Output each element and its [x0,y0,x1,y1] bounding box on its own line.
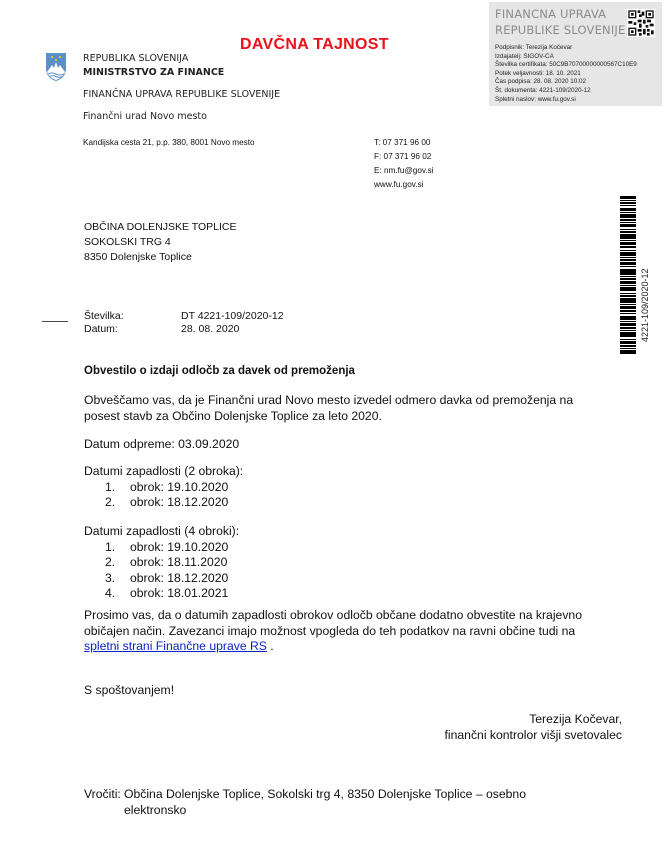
letter-subject: Obvestilo o izdaji odločb za davek od pr… [84,364,355,380]
installment-date: obrok: 18.12.2020 [126,571,228,587]
recipient-line3: 8350 Dolenjske Toplice [84,250,237,265]
installment-number: 1. [84,540,126,556]
request-end: . [267,639,274,653]
installment-number: 3. [84,571,126,587]
installment-item: 1.obrok: 19.10.2020 [84,480,243,496]
coat-of-arms-icon [45,52,67,82]
classification-label: DAVČNA TAJNOST [240,36,389,54]
two-installments-title: Datumi zapadlosti (2 obroka): [84,464,243,480]
four-installments-title: Datumi zapadlosti (4 obroki): [84,524,239,540]
installment-date: obrok: 18.11.2020 [126,555,227,571]
installment-item: 3.obrok: 18.12.2020 [84,571,239,587]
ministry-name: MINISTRSTVO ZA FINANCE [83,66,224,80]
office-phone: T: 07 371 96 00 [374,136,430,150]
stamp-doc-number: Št. dokumenta: 4221-109/2020-12 [495,87,637,96]
delivery-line2: elektronsko [124,803,526,819]
office-name: Finančni urad Novo mesto [83,110,207,124]
recipient-line2: SOKOLSKI TRG 4 [84,235,237,250]
installment-item: 1.obrok: 19.10.2020 [84,540,239,556]
two-installments-list: 1.obrok: 19.10.20202.obrok: 18.12.2020 [84,480,243,511]
signer-name: Terezija Kočevar, [445,712,622,728]
office-fax: F: 07 371 96 02 [374,150,431,164]
digital-signature-stamp: FINANCNA UPRAVA REPUBLIKE SLOVENIJE Podp… [489,2,662,106]
delivery-recipient: Občina Dolenjske Toplice, Sokolski trg 4… [124,787,526,818]
dispatch-date: Datum odpreme: 03.09.2020 [84,437,239,453]
installment-number: 1. [84,480,126,496]
intro-line2: posest stavb za Občino Dolenjske Toplice… [84,409,573,425]
installment-date: obrok: 18.12.2020 [126,495,228,511]
installment-item: 2.obrok: 18.11.2020 [84,555,239,571]
signature-block: Terezija Kočevar, finančni kontrolor viš… [445,712,622,743]
request-line3: spletni strani Finančne uprave RS . [84,639,582,655]
intro-line1: Obveščamo vas, da je Finančni urad Novo … [84,393,573,409]
closing-greeting: S spoštovanjem! [84,683,174,699]
date-label: Datum: [84,322,118,337]
stamp-cert-number: Številka certifikata: 50C9B7070000000056… [495,61,637,70]
office-email[interactable]: E: nm.fu@gov.si [374,164,434,178]
request-line1: Prosimo vas, da o datumih zapadlosti obr… [84,608,582,624]
barcode-text: 4221-109/2020-12 [640,232,650,342]
installment-number: 4. [84,586,126,602]
stamp-signer: Podpisnik: Terezija Kočevar [495,44,637,53]
installment-date: obrok: 19.10.2020 [126,480,228,496]
request-line2: običajen način. Zavezanci imajo možnost … [84,624,582,640]
office-website[interactable]: www.fu.gov.si [374,178,423,192]
stamp-title-line2: REPUBLIKE SLOVENIJE [495,22,626,38]
qr-code-icon [627,9,655,37]
stamp-issuer: Izdajatelj: SIGOV-CA [495,53,637,62]
republic-name: REPUBLIKA SLOVENIJA [83,52,188,66]
office-address: Kandijska cesta 21, p.p. 380, 8001 Novo … [83,136,255,150]
date-value: 28. 08. 2020 [181,322,239,337]
intro-paragraph: Obveščamo vas, da je Finančni urad Novo … [84,393,573,424]
installment-item: 4.obrok: 18.01.2021 [84,586,239,602]
stamp-web: Spletni naslov: www.fu.gov.si [495,96,637,105]
stamp-title: FINANCNA UPRAVA REPUBLIKE SLOVENIJE [495,6,626,38]
fu-website-link[interactable]: spletni strani Finančne uprave RS [84,639,267,653]
installment-date: obrok: 19.10.2020 [126,540,228,556]
delivery-line1: Občina Dolenjske Toplice, Sokolski trg 4… [124,787,526,803]
request-paragraph: Prosimo vas, da o datumih zapadlosti obr… [84,608,582,655]
installment-number: 2. [84,555,126,571]
barcode-icon [620,196,636,402]
four-installments-block: Datumi zapadlosti (4 obroki): 1.obrok: 1… [84,524,239,602]
installment-date: obrok: 18.01.2021 [126,586,228,602]
four-installments-list: 1.obrok: 19.10.20202.obrok: 18.11.20203.… [84,540,239,602]
signer-title: finančni kontrolor višji svetovalec [445,728,622,744]
administration-name: FINANČNA UPRAVA REPUBLIKE SLOVENIJE [83,88,280,102]
recipient-address: OBČINA DOLENJSKE TOPLICE SOKOLSKI TRG 4 … [84,220,237,265]
stamp-details: Podpisnik: Terezija Kočevar Izdajatelj: … [495,44,637,104]
recipient-line1: OBČINA DOLENJSKE TOPLICE [84,220,237,235]
stamp-sign-time: Čas podpisa: 28. 08. 2020 10:02 [495,78,637,87]
fold-mark [42,321,68,322]
installment-number: 2. [84,495,126,511]
two-installments-block: Datumi zapadlosti (2 obroka): 1.obrok: 1… [84,464,243,511]
stamp-title-line1: FINANCNA UPRAVA [495,6,626,22]
installment-item: 2.obrok: 18.12.2020 [84,495,243,511]
delivery-label: Vročiti: [84,787,121,803]
